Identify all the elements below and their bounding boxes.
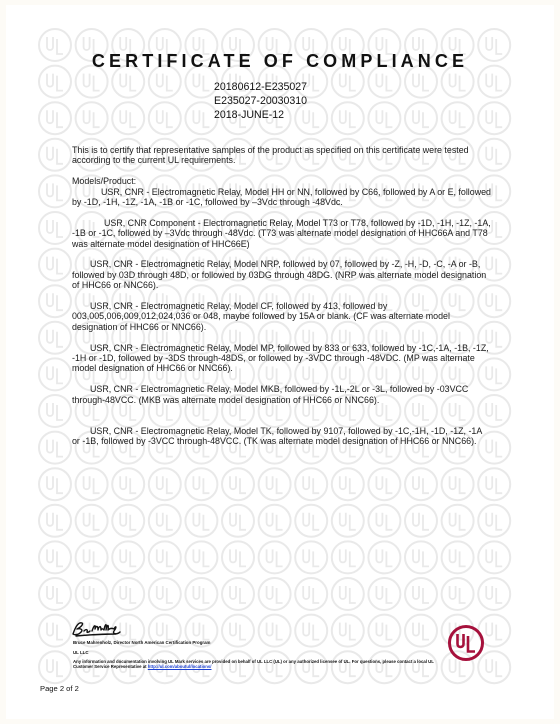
organization-name: UL LLC	[73, 650, 89, 655]
signature	[70, 619, 130, 639]
ul-logo-icon	[447, 624, 485, 662]
certificate-title: CERTIFICATE OF COMPLIANCE	[0, 51, 560, 72]
model-entry: USR, CNR - Electromagnetic Relay, Model …	[72, 426, 492, 447]
model-entry: USR, CNR - Electromagnetic Relay, Model …	[72, 384, 492, 405]
model-entry: USR, CNR - Electromagnetic Relay, Model …	[72, 187, 492, 208]
certificate-body: This is to certify that representative s…	[72, 145, 492, 457]
disclaimer: Any information and documentation involv…	[73, 659, 453, 670]
model-entry: USR, CNR - Electromagnetic Relay, Model …	[72, 259, 492, 290]
certification-statement: This is to certify that representative s…	[72, 145, 492, 166]
locations-link[interactable]: http://ul.com/aboutul/locations/	[148, 664, 212, 669]
issue-date-value: 2018-JUNE-12	[214, 109, 284, 121]
models-heading: Models/Product:	[72, 176, 492, 186]
report-reference-value: E235027-20030310	[214, 95, 307, 107]
disclaimer-text: Any information and documentation involv…	[73, 659, 434, 669]
model-entry: USR, CNR - Electromagnetic Relay, Model …	[72, 301, 492, 332]
certificate-number-value: 20180612-E235027	[214, 81, 307, 93]
signer-name: Bruce Mahrenholz, Director North America…	[73, 640, 210, 645]
model-entry: USR, CNR Component - Electromagnetic Rel…	[72, 218, 492, 249]
model-entry: USR, CNR - Electromagnetic Relay, Model …	[72, 343, 492, 374]
page-number: Page 2 of 2	[40, 684, 79, 693]
